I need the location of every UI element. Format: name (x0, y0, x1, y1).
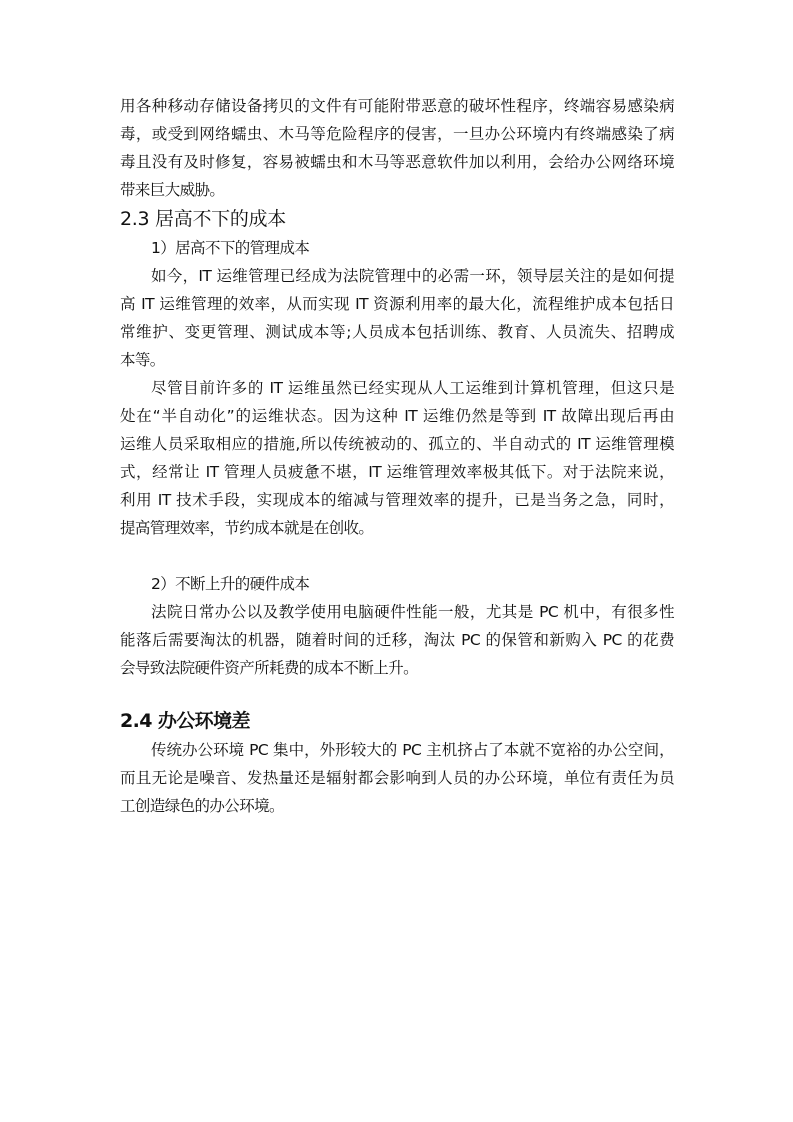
text-line: 如今，IT 运维管理已经成为法院管理中的必需一环，领导层关注的是如何提 (120, 262, 674, 290)
text-line: 用各种移动存储设备拷贝的文件有可能附带恶意的破坏性程序，终端容易感染病 (120, 92, 674, 120)
text-line: 法院日常办公以及教学使用电脑硬件性能一般，尤其是 PC 机中，有很多性 (120, 598, 674, 626)
text-line: 高 IT 运维管理的效率，从而实现 IT 资源利用率的最大化，流程维护成本包括日 (120, 290, 674, 318)
text-line: 工创造绿色的办公环境。 (120, 792, 674, 820)
section-heading-2-4: 2.4 办公环境差 (120, 706, 674, 736)
office-environment-paragraph: 传统办公环境 PC 集中，外形较大的 PC 主机挤占了本就不宽裕的办公空间， 而… (120, 736, 674, 820)
text-line: 毒且没有及时修复，容易被蠕虫和木马等恶意软件加以利用，会给办公网络环境 (120, 148, 674, 176)
text-line: 运维人员采取相应的措施,所以传统被动的、孤立的、半自动式的 IT 运维管理模 (120, 430, 674, 458)
text-line: 毒，或受到网络蠕虫、木马等危险程序的侵害，一旦办公环境内有终端感染了病 (120, 120, 674, 148)
management-cost-paragraph-2: 尽管目前许多的 IT 运维虽然已经实现从人工运维到计算机管理，但这只是 处在“半… (120, 374, 674, 542)
hardware-cost-paragraph: 法院日常办公以及教学使用电脑硬件性能一般，尤其是 PC 机中，有很多性 能落后需… (120, 598, 674, 682)
text-line: 传统办公环境 PC 集中，外形较大的 PC 主机挤占了本就不宽裕的办公空间， (120, 736, 674, 764)
text-line: 会导致法院硬件资产所耗费的成本不断上升。 (120, 654, 674, 682)
text-line: 带来巨大威胁。 (120, 176, 674, 204)
text-line: 尽管目前许多的 IT 运维虽然已经实现从人工运维到计算机管理，但这只是 (120, 374, 674, 402)
text-line: 本等。 (120, 346, 674, 374)
management-cost-paragraph-1: 如今，IT 运维管理已经成为法院管理中的必需一环，领导层关注的是如何提 高 IT… (120, 262, 674, 374)
text-line: 处在“半自动化”的运维状态。因为这种 IT 运维仍然是等到 IT 故障出现后再由 (120, 402, 674, 430)
text-line: 能落后需要淘汰的机器，随着时间的迁移，淘汰 PC 的保管和新购入 PC 的花费 (120, 626, 674, 654)
document-page: 用各种移动存储设备拷贝的文件有可能附带恶意的破坏性程序，终端容易感染病 毒，或受… (120, 92, 674, 820)
subheading-hardware-cost: 2）不断上升的硬件成本 (120, 570, 674, 598)
blank-line (120, 682, 674, 706)
section-heading-2-3: 2.3 居高不下的成本 (120, 204, 674, 234)
blank-line (120, 542, 674, 570)
text-line: 式，经常让 IT 管理人员疲惫不堪，IT 运维管理效率极其低下。对于法院来说， (120, 458, 674, 486)
text-line: 常维护、变更管理、测试成本等;人员成本包括训练、教育、人员流失、招聘成 (120, 318, 674, 346)
text-line: 利用 IT 技术手段，实现成本的缩减与管理效率的提升，已是当务之急，同时， (120, 486, 674, 514)
subheading-management-cost: 1）居高不下的管理成本 (120, 234, 674, 262)
text-line: 提高管理效率，节约成本就是在创收。 (120, 514, 674, 542)
text-line: 而且无论是噪音、发热量还是辐射都会影响到人员的办公环境，单位有责任为员 (120, 764, 674, 792)
intro-paragraph: 用各种移动存储设备拷贝的文件有可能附带恶意的破坏性程序，终端容易感染病 毒，或受… (120, 92, 674, 204)
